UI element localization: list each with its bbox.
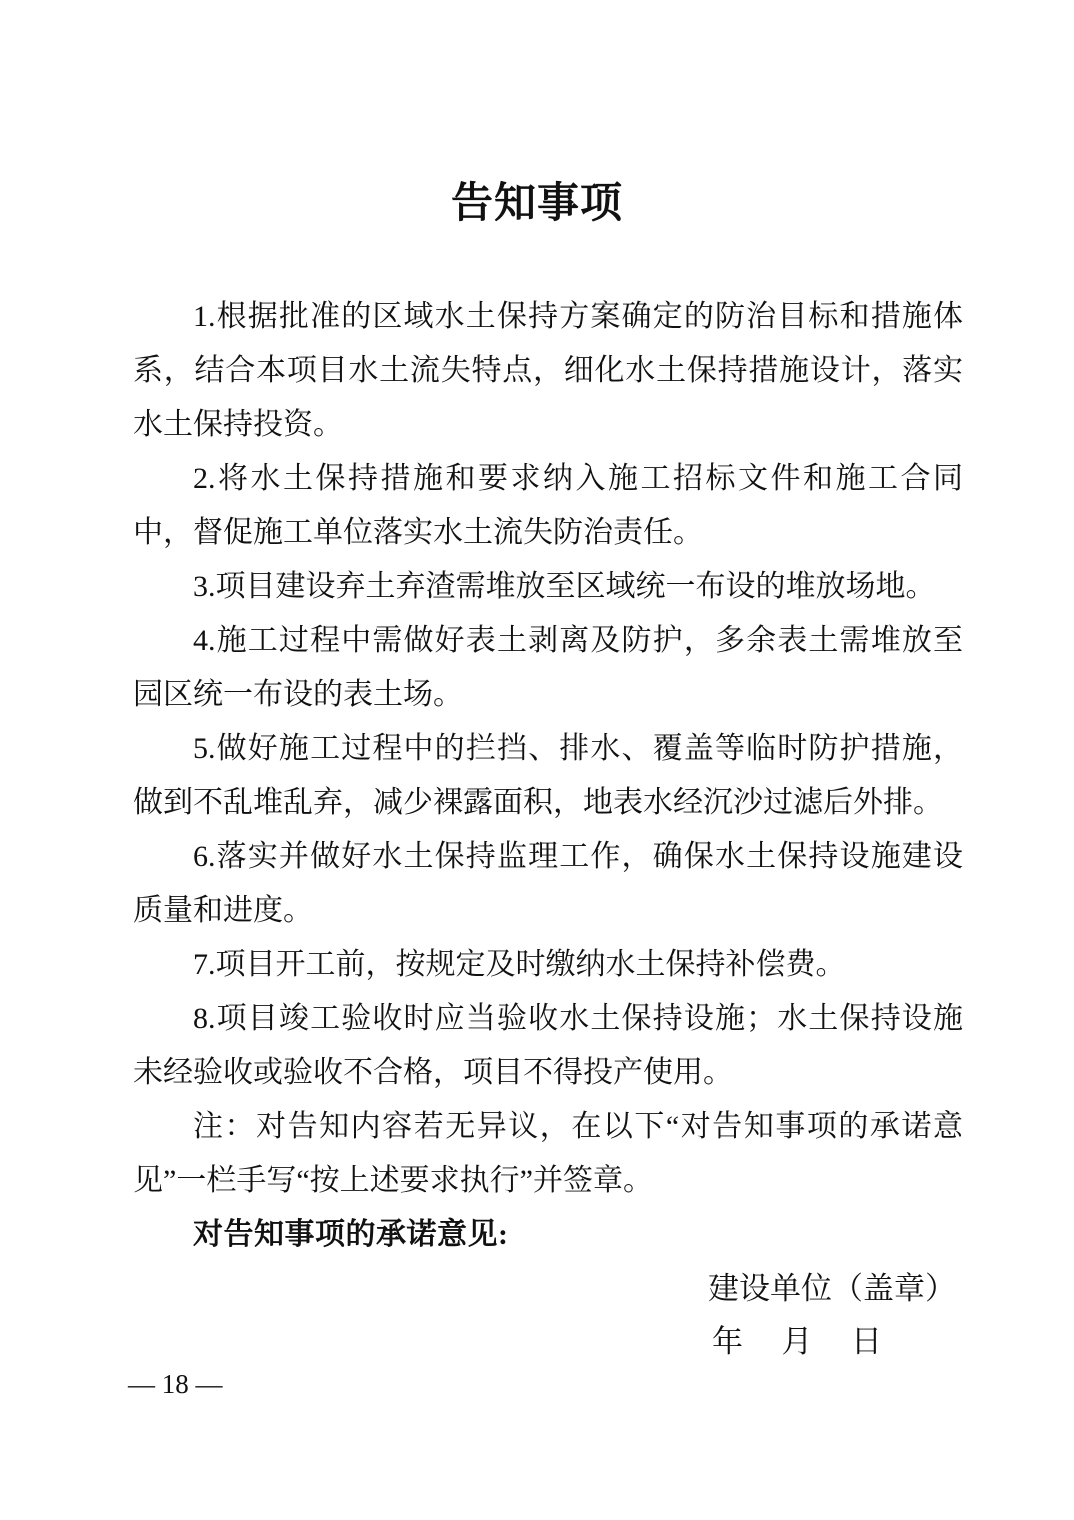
notice-item-7: 7.项目开工前，按规定及时缴纳水土保持补偿费。 — [133, 938, 963, 992]
document-body: 1.根据批准的区域水土保持方案确定的防治目标和措施体系，结合本项目水土流失特点，… — [133, 290, 963, 1262]
notice-item-2: 2.将水土保持措施和要求纳入施工招标文件和施工合同中，督促施工单位落实水土流失防… — [133, 452, 963, 560]
page-number: — 18 — — [128, 1371, 223, 1398]
notice-item-1: 1.根据批准的区域水土保持方案确定的防治目标和措施体系，结合本项目水土流失特点，… — [133, 290, 963, 452]
notice-item-3: 3.项目建设弃土弃渣需堆放至区域统一布设的堆放场地。 — [133, 560, 963, 614]
notice-item-8: 8.项目竣工验收时应当验收水土保持设施；水土保持设施未经验收或验收不合格，项目不… — [133, 992, 963, 1100]
notice-item-5: 5.做好施工过程中的拦挡、排水、覆盖等临时防护措施，做到不乱堆乱弃，减少裸露面积… — [133, 722, 963, 830]
commitment-heading: 对告知事项的承诺意见: — [133, 1208, 963, 1262]
page-title: 告知事项 — [0, 181, 1074, 227]
date-year-label: 年 — [712, 1323, 743, 1360]
notice-item-6: 6.落实并做好水土保持监理工作，确保水土保持设施建设质量和进度。 — [133, 830, 963, 938]
notice-item-4: 4.施工过程中需做好表土剥离及防护，多余表土需堆放至园区统一布设的表土场。 — [133, 614, 963, 722]
date-month-label: 月 — [782, 1323, 813, 1360]
date-day-label: 日 — [851, 1323, 882, 1360]
signature-unit-label: 建设单位（盖章） — [708, 1270, 956, 1307]
document-page: 告知事项 1.根据批准的区域水土保持方案确定的防治目标和措施体系，结合本项目水土… — [0, 0, 1074, 1520]
note-paragraph: 注：对告知内容若无异议，在以下“对告知事项的承诺意见”一栏手写“按上述要求执行”… — [133, 1100, 963, 1208]
signature-date-line: 年 月 日 — [712, 1323, 882, 1360]
